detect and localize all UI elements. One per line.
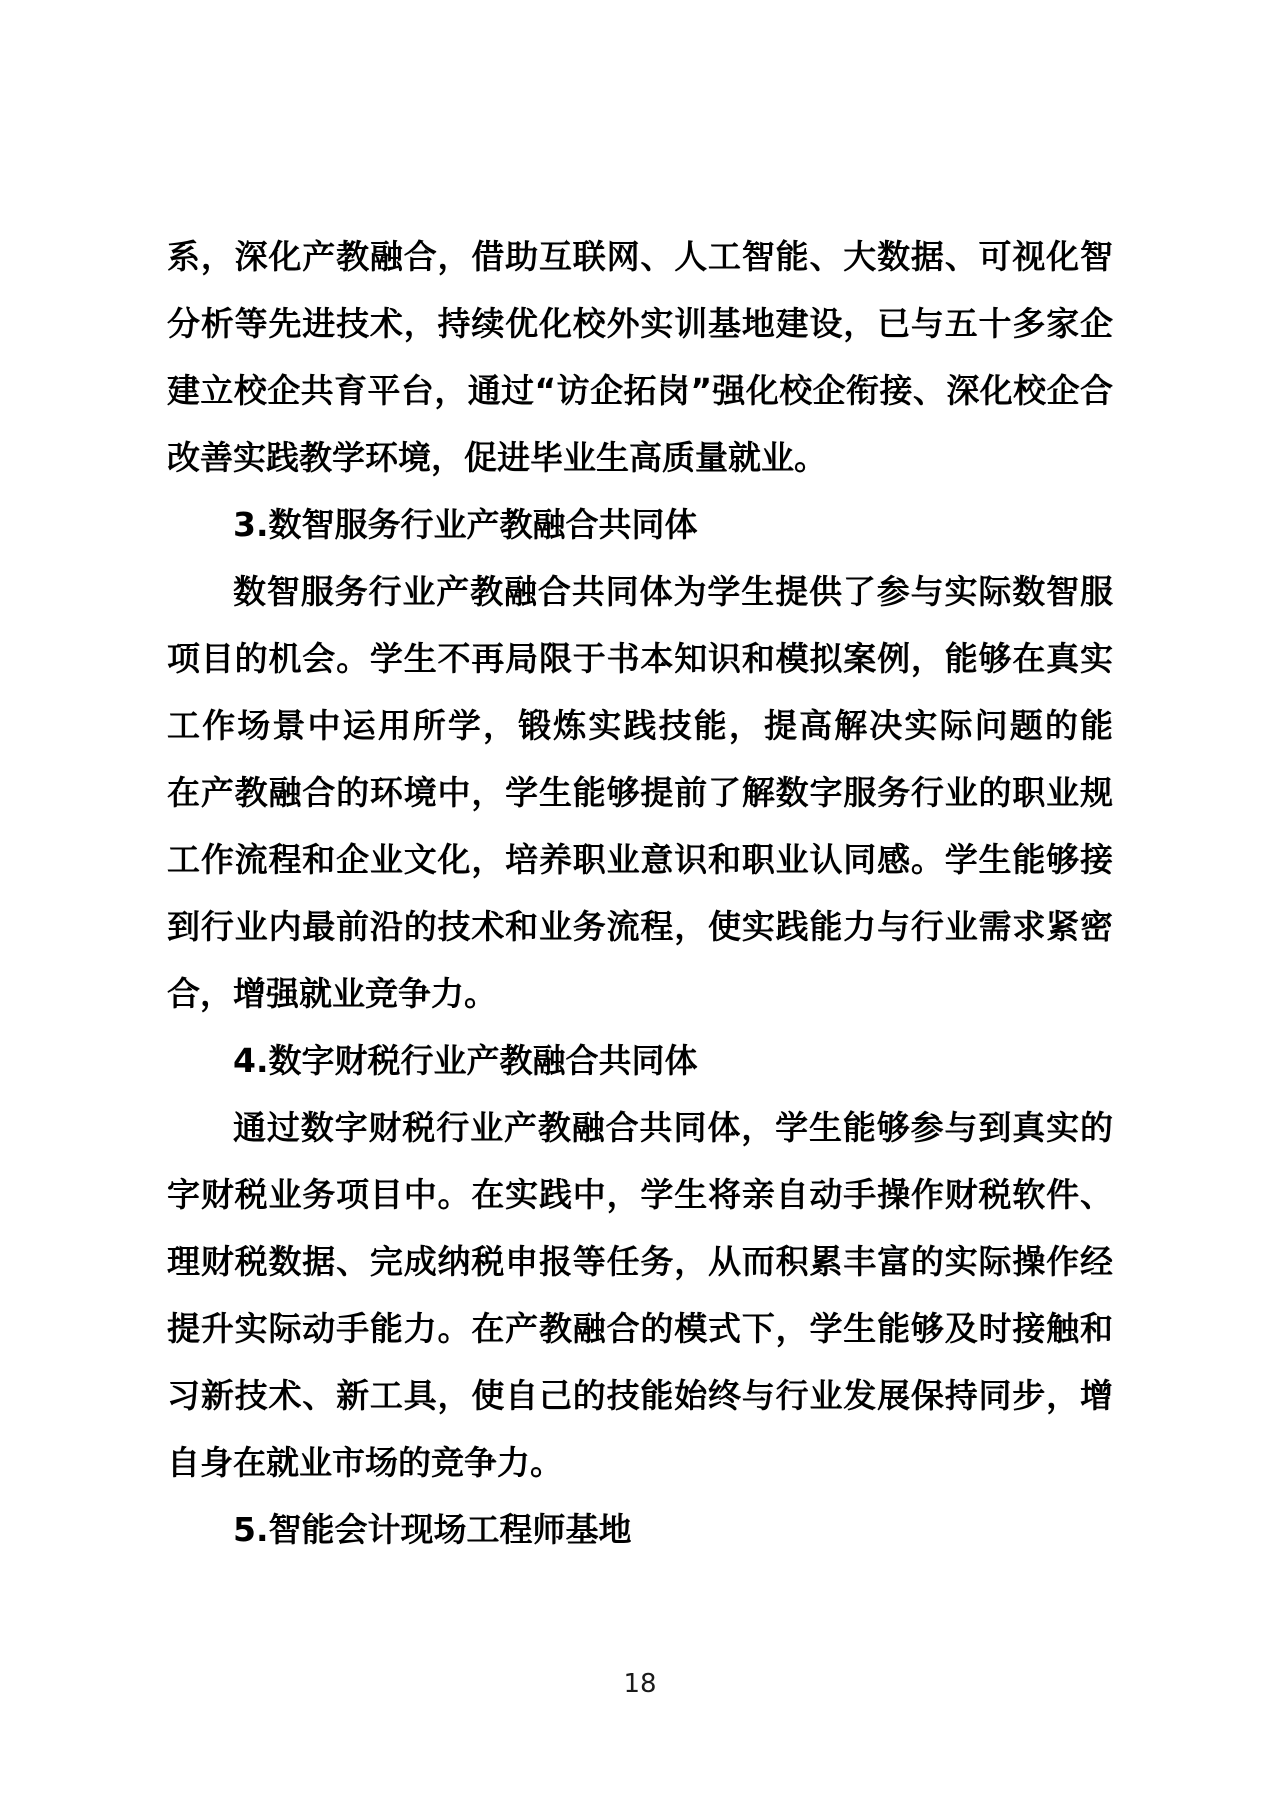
paragraph-line: 自身在就业市场的竞争力。 [167, 1429, 1113, 1496]
paragraph-line: 在产教融合的环境中，学生能够提前了解数字服务行业的职业规范、 [167, 759, 1113, 826]
paragraph-line: 理财税数据、完成纳税申报等任务，从而积累丰富的实际操作经验， [167, 1228, 1113, 1295]
paragraph-line: 合，增强就业竞争力。 [167, 960, 1113, 1027]
paragraph-line: 通过数字财税行业产教融合共同体，学生能够参与到真实的数 [167, 1094, 1113, 1161]
paragraph-line: 工作流程和企业文化，培养职业意识和职业认同感。学生能够接触 [167, 826, 1113, 893]
paragraph-line: 建立校企共育平台，通过“访企拓岗”强化校企衔接、深化校企合作， [167, 357, 1113, 424]
page-number: 18 [167, 1666, 1113, 1702]
paragraph-line: 工作场景中运用所学，锻炼实践技能，提高解决实际问题的能力。 [167, 692, 1113, 759]
paragraph-line: 到行业内最前沿的技术和业务流程，使实践能力与行业需求紧密贴 [167, 893, 1113, 960]
paragraph-line: 项目的机会。学生不再局限于书本知识和模拟案例，能够在真实的 [167, 625, 1113, 692]
paragraph-line: 数智服务行业产教融合共同体为学生提供了参与实际数智服务 [167, 558, 1113, 625]
section-heading: 3.数智服务行业产教融合共同体 [167, 491, 1113, 558]
document-page: 系，深化产教融合，借助互联网、人工智能、大数据、可视化智能 分析等先进技术，持续… [0, 0, 1279, 1809]
document-body: 系，深化产教融合，借助互联网、人工智能、大数据、可视化智能 分析等先进技术，持续… [167, 223, 1113, 1563]
section-heading: 5.智能会计现场工程师基地 [167, 1496, 1113, 1563]
paragraph-line: 改善实践教学环境，促进毕业生高质量就业。 [167, 424, 1113, 491]
paragraph-line: 字财税业务项目中。在实践中，学生将亲自动手操作财税软件、处 [167, 1161, 1113, 1228]
paragraph-line: 习新技术、新工具，使自己的技能始终与行业发展保持同步，增强 [167, 1362, 1113, 1429]
paragraph-line: 分析等先进技术，持续优化校外实训基地建设，已与五十多家企业 [167, 290, 1113, 357]
section-heading: 4.数字财税行业产教融合共同体 [167, 1027, 1113, 1094]
paragraph-line: 提升实际动手能力。在产教融合的模式下，学生能够及时接触和学 [167, 1295, 1113, 1362]
paragraph-line: 系，深化产教融合，借助互联网、人工智能、大数据、可视化智能 [167, 223, 1113, 290]
